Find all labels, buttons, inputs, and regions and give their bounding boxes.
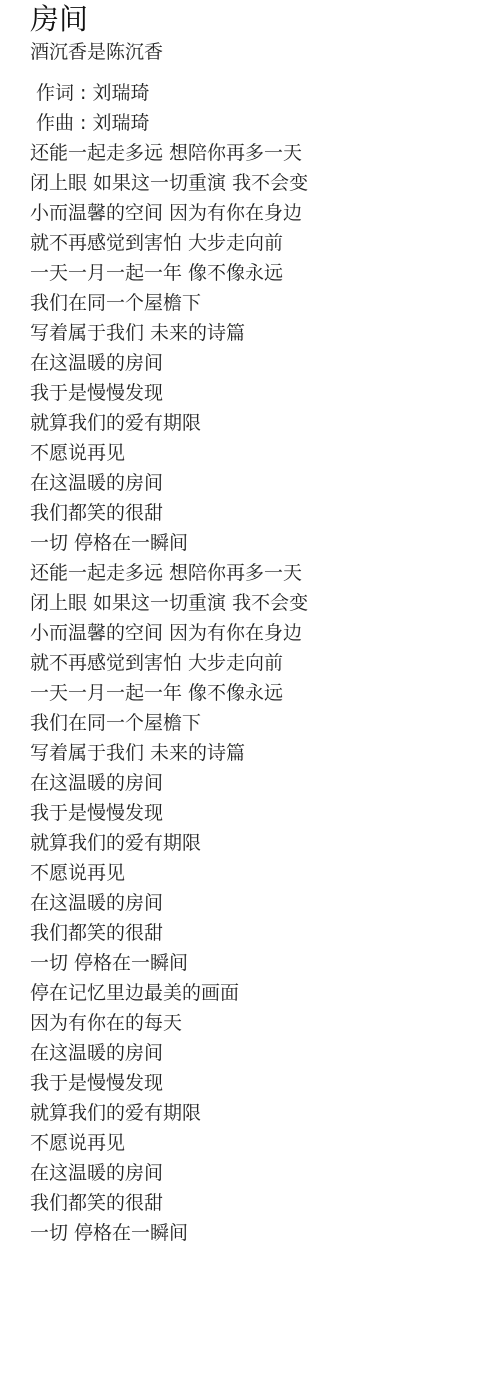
lyric-line: 不愿说再见 [30,438,500,468]
lyric-line: 我们在同一个屋檐下 [30,708,500,738]
lyric-line: 还能一起走多远 想陪你再多一天 [30,558,500,588]
lyric-line: 我于是慢慢发现 [30,378,500,408]
lyric-line: 小而温馨的空间 因为有你在身边 [30,198,500,228]
lyric-line: 一天一月一起一年 像不像永远 [30,678,500,708]
lyric-line: 就算我们的爱有期限 [30,828,500,858]
lyric-line: 一天一月一起一年 像不像永远 [30,258,500,288]
lyric-line: 在这温暖的房间 [30,888,500,918]
lyric-line: 不愿说再见 [30,1128,500,1158]
lyric-lines: 还能一起走多远 想陪你再多一天闭上眼 如果这一切重演 我不会变小而温馨的空间 因… [30,138,500,1248]
song-title: 房间 [30,0,500,38]
lyric-line: 写着属于我们 未来的诗篇 [30,318,500,348]
lyric-line: 我于是慢慢发现 [30,798,500,828]
lyric-line: 就算我们的爱有期限 [30,1098,500,1128]
lyrics-body: 作词 : 刘瑞琦 作曲 : 刘瑞琦 还能一起走多远 想陪你再多一天闭上眼 如果这… [30,78,500,1248]
lyric-line: 就算我们的爱有期限 [30,408,500,438]
lyric-line: 一切 停格在一瞬间 [30,948,500,978]
lyric-line: 在这温暖的房间 [30,1038,500,1068]
lyric-line: 一切 停格在一瞬间 [30,528,500,558]
lyric-line: 在这温暖的房间 [30,468,500,498]
lyric-line: 在这温暖的房间 [30,768,500,798]
lyric-line: 在这温暖的房间 [30,1158,500,1188]
lyric-line: 我们都笑的很甜 [30,1188,500,1218]
lyric-line: 一切 停格在一瞬间 [30,1218,500,1248]
lyric-line: 不愿说再见 [30,858,500,888]
lyric-line: 我于是慢慢发现 [30,1068,500,1098]
lyrics-page: 房间 酒沉香是陈沉香 作词 : 刘瑞琦 作曲 : 刘瑞琦 还能一起走多远 想陪你… [0,0,500,1248]
lyric-line: 因为有你在的每天 [30,1008,500,1038]
lyric-line: 我们在同一个屋檐下 [30,288,500,318]
lyric-line: 小而温馨的空间 因为有你在身边 [30,618,500,648]
lyric-line: 闭上眼 如果这一切重演 我不会变 [30,168,500,198]
lyric-line: 我们都笑的很甜 [30,918,500,948]
artist-name: 酒沉香是陈沉香 [30,38,500,66]
lyric-line: 就不再感觉到害怕 大步走向前 [30,228,500,258]
lyric-line: 还能一起走多远 想陪你再多一天 [30,138,500,168]
lyric-line: 闭上眼 如果这一切重演 我不会变 [30,588,500,618]
lyric-line: 就不再感觉到害怕 大步走向前 [30,648,500,678]
lyric-line: 在这温暖的房间 [30,348,500,378]
lyric-line: 停在记忆里边最美的画面 [30,978,500,1008]
lyric-line: 我们都笑的很甜 [30,498,500,528]
credit-lyricist: 作词 : 刘瑞琦 [30,78,500,108]
credit-composer: 作曲 : 刘瑞琦 [30,108,500,138]
lyric-line: 写着属于我们 未来的诗篇 [30,738,500,768]
